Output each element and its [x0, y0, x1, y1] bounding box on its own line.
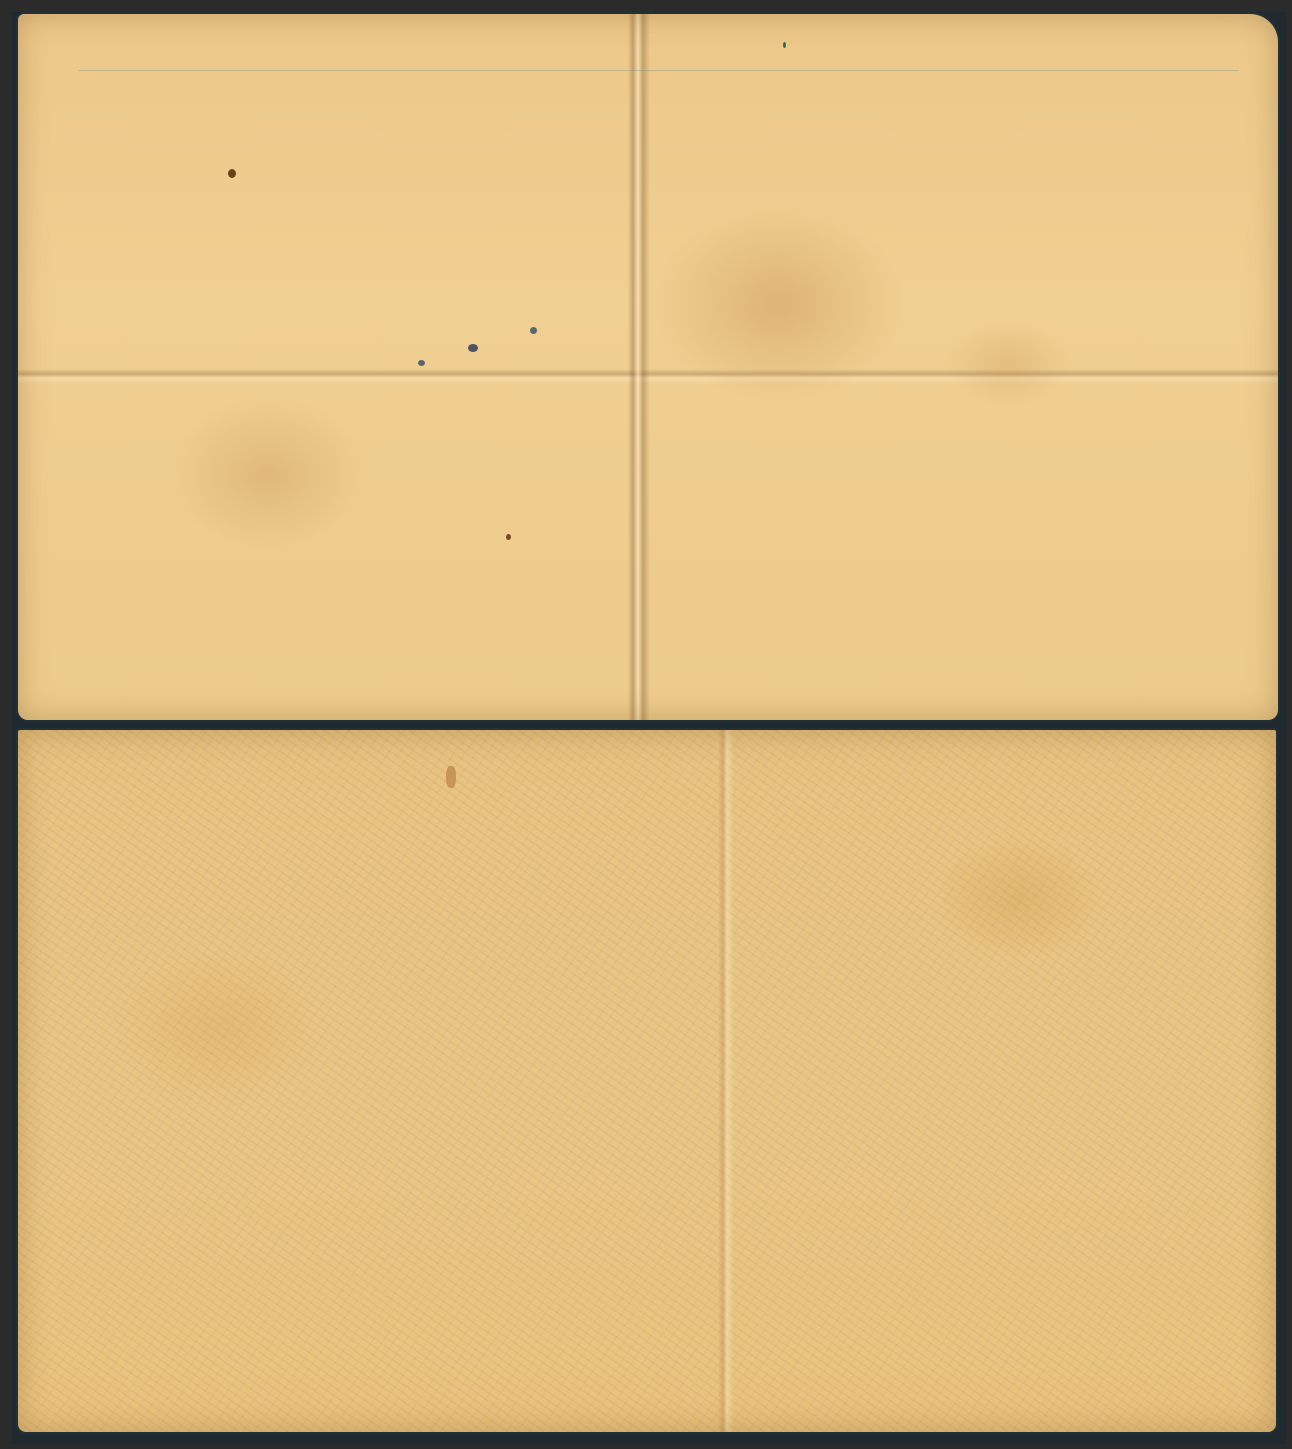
- faint-printed-line: [78, 70, 1238, 71]
- upper-paper-piece: [18, 14, 1278, 720]
- green-ink-spot: [783, 42, 786, 48]
- lower-paper-piece: [18, 730, 1276, 1432]
- stain-spot: [228, 169, 236, 178]
- stain-spot: [446, 766, 456, 788]
- ink-spot: [468, 344, 478, 352]
- ink-spot: [530, 327, 537, 334]
- stain-spot: [506, 534, 511, 540]
- ink-spot: [418, 360, 425, 366]
